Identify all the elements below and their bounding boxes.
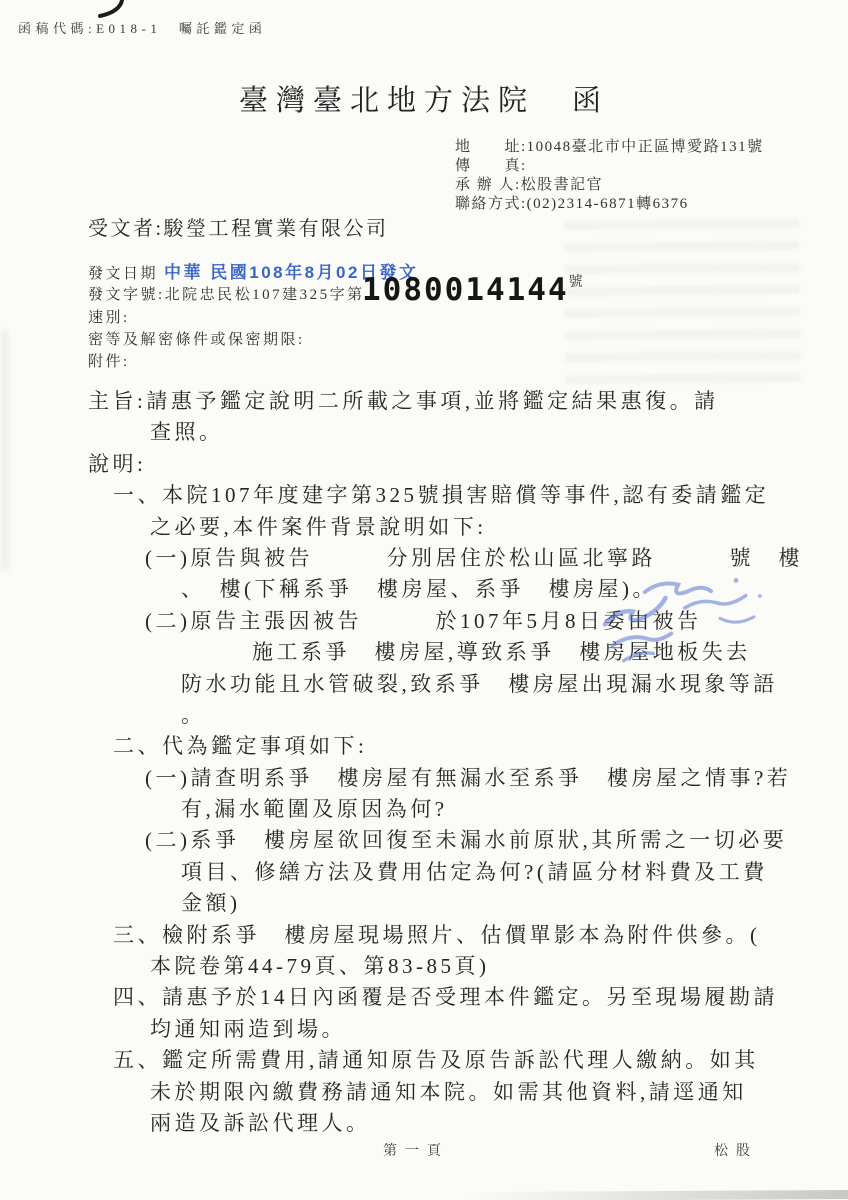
body-line: 有,漏水範圍及原因為何?: [181, 794, 848, 825]
letter-body: 主旨:請惠予鑑定說明二所載之事項,並將鑑定結果惠復。請查照。說明:一、本院107…: [0, 386, 848, 1139]
contact-fax: 傳 真:: [455, 157, 764, 176]
body-line: 本院卷第44-79頁、第83-85頁): [150, 951, 848, 982]
contact-block: 地 址:10048臺北市中正區博愛路131號 傳 真: 承 辦 人:松股書記官 …: [455, 138, 764, 214]
scanned-court-letter: 函稿代碼:E018-1 囑託鑑定函 臺灣臺北地方法院 函 地 址:10048臺北…: [0, 0, 848, 1200]
body-line: 未於期限內繳費務請通知本院。如需其他資料,請逕通知: [150, 1077, 848, 1108]
page-footer: 第一頁 松股: [0, 1140, 848, 1170]
document-number-digits: 1080014144: [362, 272, 569, 308]
body-line: 主旨:請惠予鑑定說明二所載之事項,並將鑑定結果惠復。請: [88, 386, 848, 417]
body-line: 二、代為鑑定事項如下:: [113, 731, 848, 762]
body-line: 五、鑑定所需費用,請通知原告及原告訴訟代理人繳納。如其: [113, 1045, 848, 1076]
body-line: 查照。: [150, 417, 848, 448]
contact-address: 地 址:10048臺北市中正區博愛路131號: [455, 138, 764, 157]
body-line: 說明:: [88, 449, 848, 480]
document-number-stamp: 1080014144號: [362, 272, 583, 308]
contact-clerk: 承 辦 人:松股書記官: [455, 176, 764, 195]
body-line: 三、檢附系爭 樓房屋現場照片、估價單影本為附件供參。(: [113, 920, 848, 951]
security-label: 密等及解密條件或保密期限:: [88, 328, 305, 349]
contact-phone: 聯絡方式:(02)2314-6871轉6376: [455, 195, 764, 214]
body-line: (一)請查明系爭 樓房屋有無漏水至系爭 樓房屋之情事?若: [145, 763, 848, 794]
body-line: (二)系爭 樓房屋欲回復至未漏水前原狀,其所需之一切必要: [145, 825, 848, 856]
body-line: 金額): [181, 888, 848, 919]
scan-edge-smudge: [1, 330, 9, 570]
issue-date-label: 發文日期: [88, 266, 158, 282]
pen-stroke-mark: [88, 0, 130, 20]
body-line: 之必要,本件案件背景說明如下:: [150, 512, 848, 543]
attachment-label: 附件:: [88, 350, 130, 371]
doc-number-label: 發文字號:北院忠民松107建325字第: [88, 283, 365, 304]
recipient-line: 受文者:駿瑩工程實業有限公司: [88, 212, 389, 241]
body-line: 防水功能且水管破裂,致系爭 樓房屋出現漏水現象等語: [181, 669, 848, 700]
body-line: 。: [181, 700, 848, 731]
body-line: 一、本院107年度建字第325號損害賠償等事件,認有委請鑑定: [113, 480, 848, 511]
speed-label: 速別:: [88, 306, 130, 327]
scan-edge-shadow: [468, 1190, 848, 1200]
body-line: 四、請惠予於14日內函覆是否受理本件鑑定。另至現場履勘請: [113, 982, 848, 1013]
form-code: 函稿代碼:E018-1 囑託鑑定函: [18, 18, 266, 37]
page-title: 臺灣臺北地方法院 函: [0, 78, 848, 119]
bleedthrough-smudge: [564, 217, 800, 384]
page-number: 第一頁: [383, 1140, 449, 1160]
court-division: 松股: [714, 1140, 758, 1160]
body-line: 兩造及訴訟代理人。: [150, 1108, 848, 1139]
body-line: 均通知兩造到場。: [150, 1014, 848, 1045]
body-line: 項目、修繕方法及費用估定為何?(請區分材料費及工費: [181, 857, 848, 888]
